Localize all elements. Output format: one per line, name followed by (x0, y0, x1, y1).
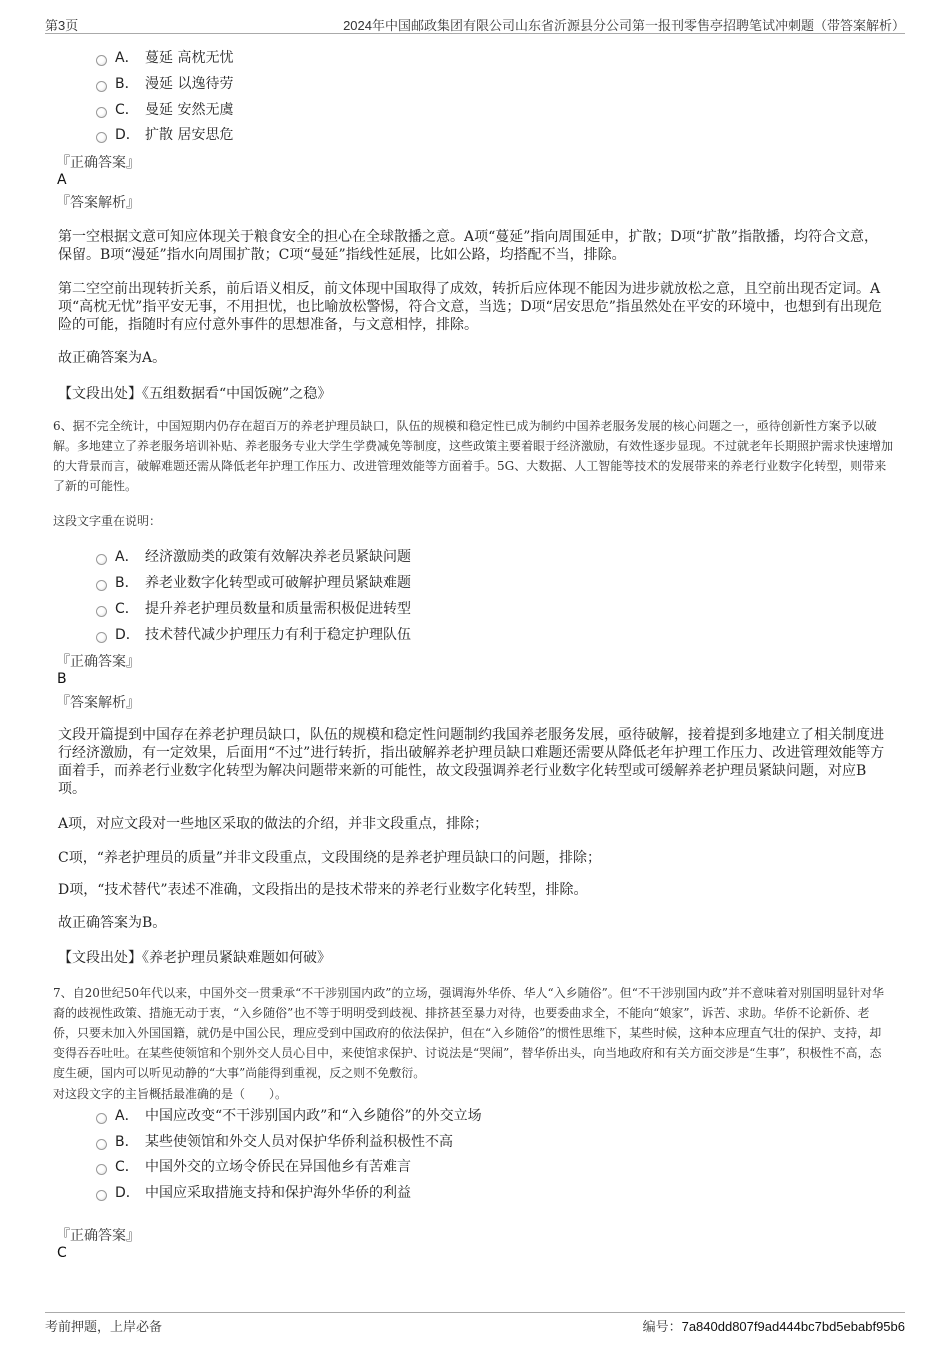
q6-analysis-label: 『答案解析』 (56, 692, 140, 712)
footer-slogan: 考前押题，上岸必备 (45, 1316, 162, 1335)
page-footer: 考前押题，上岸必备 编号：7a840dd807f9ad444bc7bd5ebab… (45, 1312, 905, 1333)
radio-icon[interactable] (96, 107, 107, 118)
radio-icon[interactable] (96, 81, 107, 92)
radio-icon[interactable] (96, 132, 107, 143)
radio-icon[interactable] (96, 554, 107, 565)
q5-answer-label: 『正确答案』 (56, 152, 140, 172)
q7-option-b[interactable]: B． 某些使领馆和外交人员对保护华侨利益积极性不高 (96, 1130, 453, 1152)
radio-icon[interactable] (96, 1139, 107, 1150)
q7-option-c[interactable]: C． 中国外交的立场令侨民在异国他乡有苦难言 (96, 1155, 411, 1177)
q6-conclusion: 故正确答案为B。 (58, 914, 888, 932)
q7-question: 对这段文字的主旨概括最准确的是（ ）。 (53, 1086, 893, 1102)
q6-option-a[interactable]: A． 经济激励类的政策有效解决养老员紧缺问题 (96, 545, 411, 567)
radio-icon[interactable] (96, 1164, 107, 1175)
radio-icon[interactable] (96, 632, 107, 643)
q6-question: 这段文字重在说明： (53, 511, 893, 531)
q5-option-b[interactable]: B． 漫延 以逸待劳 (96, 72, 233, 94)
page-header: 第3页 2024年中国邮政集团有限公司山东省沂源县分公司第一报刊零售亭招聘笔试冲… (45, 13, 905, 34)
q6-stem: 6、据不完全统计，中国短期内仍存在超百万的养老护理员缺口，队伍的规模和稳定性已成… (53, 416, 893, 496)
document-title: 2024年中国邮政集团有限公司山东省沂源县分公司第一报刊零售亭招聘笔试冲刺题（带… (343, 15, 905, 34)
q5-answer: A (57, 172, 67, 188)
q7-option-d[interactable]: D． 中国应采取措施支持和保护海外华侨的利益 (96, 1181, 411, 1203)
q5-source: 【文段出处】《五组数据看“中国饭碗”之稳》 (58, 383, 331, 403)
code-value: 7a840dd807f9ad444bc7bd5ebabf95b6 (682, 1319, 905, 1334)
q6-analysis-option-a: A项，对应文段对一些地区采取的做法的介绍，并非文段重点，排除； (58, 815, 888, 833)
q7-stem: 7、自20世纪50年代以来，中国外交一贯秉承“不干涉别国内政”的立场，强调海外华… (53, 983, 893, 1083)
q5-conclusion: 故正确答案为A。 (58, 349, 888, 367)
code-label: 编号： (643, 1319, 682, 1334)
q5-option-c[interactable]: C． 曼延 安然无虞 (96, 98, 233, 120)
q7-answer-label: 『正确答案』 (56, 1225, 140, 1245)
q6-analysis-option-d: D项，“技术替代”表述不准确，文段指出的是技术带来的养老行业数字化转型，排除。 (58, 881, 888, 899)
q6-source: 【文段出处】《养老护理员紧缺难题如何破》 (58, 947, 331, 967)
q5-option-d[interactable]: D． 扩散 居安思危 (96, 123, 233, 145)
page-number: 第3页 (45, 15, 78, 34)
q6-analysis-para-1: 文段开篇提到中国存在养老护理员缺口，队伍的规模和稳定性问题制约我国养老服务发展，… (58, 726, 888, 798)
q6-analysis-option-c: C项，“养老护理员的质量”并非文段重点，文段围绕的是养老护理员缺口的问题，排除； (58, 849, 888, 867)
q6-option-c[interactable]: C． 提升养老护理员数量和质量需积极促进转型 (96, 597, 411, 619)
q5-analysis-para-1: 第一空根据文意可知应体现关于粮食安全的担心在全球散播之意。A项“蔓延”指向周围延… (58, 228, 888, 264)
q6-option-d[interactable]: D． 技术替代减少护理压力有利于稳定护理队伍 (96, 623, 411, 645)
radio-icon[interactable] (96, 1190, 107, 1201)
q6-answer: B (57, 671, 67, 687)
q6-answer-label: 『正确答案』 (56, 651, 140, 671)
q5-analysis-para-2: 第二空空前出现转折关系，前后语义相反，前文体现中国取得了成效，转折后应体现不能因… (58, 280, 888, 334)
q6-option-b[interactable]: B． 养老业数字化转型或可破解护理员紧缺难题 (96, 571, 411, 593)
radio-icon[interactable] (96, 55, 107, 66)
document-code: 编号：7a840dd807f9ad444bc7bd5ebabf95b6 (643, 1316, 905, 1335)
q5-option-a[interactable]: A． 蔓延 高枕无忧 (96, 46, 233, 68)
radio-icon[interactable] (96, 606, 107, 617)
radio-icon[interactable] (96, 1113, 107, 1124)
radio-icon[interactable] (96, 580, 107, 591)
q7-answer: C (57, 1245, 67, 1261)
q5-analysis-label: 『答案解析』 (56, 192, 140, 212)
q7-option-a[interactable]: A． 中国应改变“不干涉别国内政”和“入乡随俗”的外交立场 (96, 1104, 482, 1126)
